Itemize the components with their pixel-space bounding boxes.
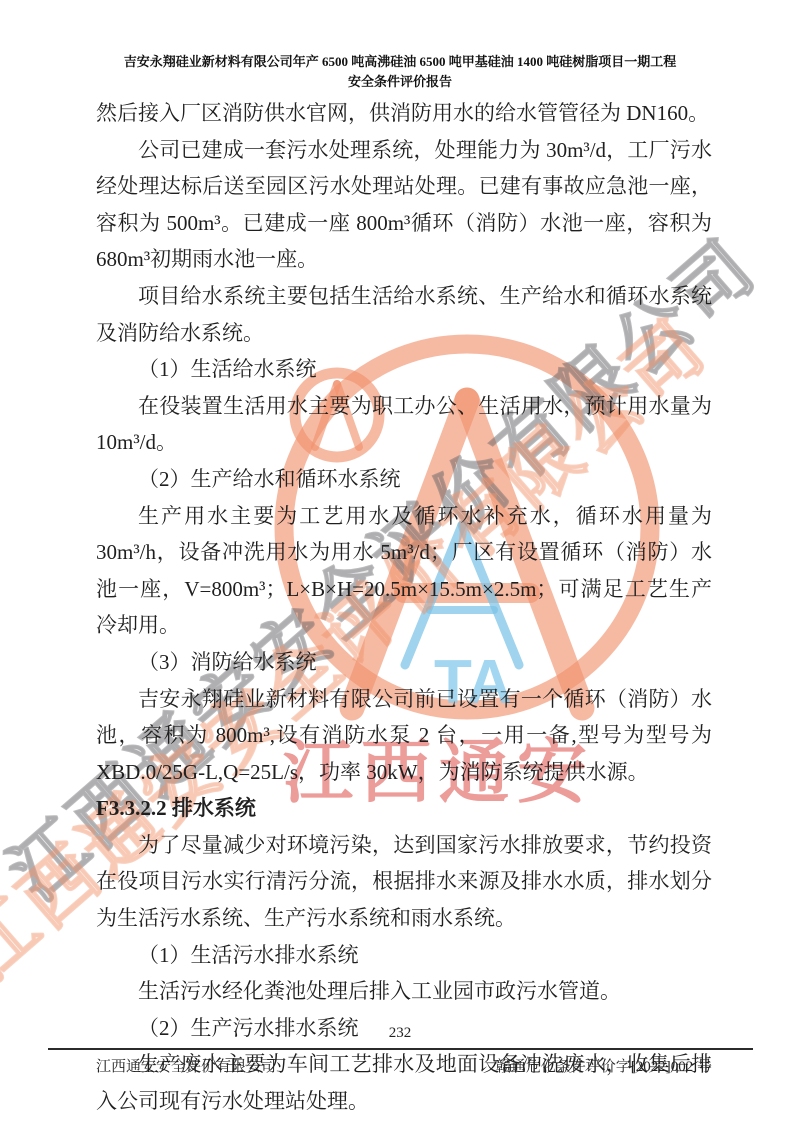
- section-heading: F3.3.2.2 排水系统: [96, 790, 712, 827]
- footer-document-number: 赣通危化条件评价字[2022]002 号: [496, 1055, 712, 1076]
- report-header-line-2: 安全条件评价报告: [0, 72, 800, 92]
- document-body: 然后接入厂区消防供水官网，供消防用水的给水管管径为 DN160。公司已建成一套污…: [96, 95, 712, 1120]
- paragraph: 然后接入厂区消防供水官网，供消防用水的给水管管径为 DN160。: [96, 95, 712, 132]
- paragraph: 公司已建成一套污水处理系统，处理能力为 30m³/d，工厂污水经处理达标后送至园…: [96, 132, 712, 278]
- paragraph: 生产用水主要为工艺用水及循环水补充水，循环水用量为 30m³/h，设备冲洗用水为…: [96, 498, 712, 644]
- footer-divider: [48, 1048, 753, 1050]
- paragraph: 为了尽量减少对环境污染，达到国家污水排放要求，节约投资在役项目污水实行清污分流，…: [96, 827, 712, 937]
- paragraph: （2）生产给水和循环水系统: [96, 461, 712, 498]
- footer-page-number: 232: [0, 1025, 800, 1042]
- paragraph: 生活污水经化粪池处理后排入工业园市政污水管道。: [96, 973, 712, 1010]
- report-page: TA 江西通安安全评价有限公司 江西通安安全评价有限公司 江西通安 吉安永翔硅业…: [0, 0, 800, 1131]
- document-content: 吉安永翔硅业新材料有限公司年产 6500 吨高沸硅油 6500 吨甲基硅油 14…: [0, 0, 800, 1120]
- paragraph: 项目给水系统主要包括生活给水系统、生产给水和循环水系统及消防给水系统。: [96, 278, 712, 351]
- report-header: 吉安永翔硅业新材料有限公司年产 6500 吨高沸硅油 6500 吨甲基硅油 14…: [0, 0, 800, 92]
- report-header-line-1: 吉安永翔硅业新材料有限公司年产 6500 吨高沸硅油 6500 吨甲基硅油 14…: [0, 52, 800, 72]
- paragraph: （3）消防给水系统: [96, 644, 712, 681]
- paragraph: （1）生活污水排水系统: [96, 937, 712, 974]
- footer-row: 江西通安安全评价有限公司 赣通危化条件评价字[2022]002 号: [96, 1055, 712, 1076]
- paragraph: （1）生活给水系统: [96, 351, 712, 388]
- paragraph: 吉安永翔硅业新材料有限公司前已设置有一个循环（消防）水池，容积为 800m³,设…: [96, 681, 712, 791]
- footer-company-name: 江西通安安全评价有限公司: [96, 1055, 276, 1076]
- paragraph: 在役装置生活用水主要为职工办公、生活用水，预计用水量为 10m³/d。: [96, 388, 712, 461]
